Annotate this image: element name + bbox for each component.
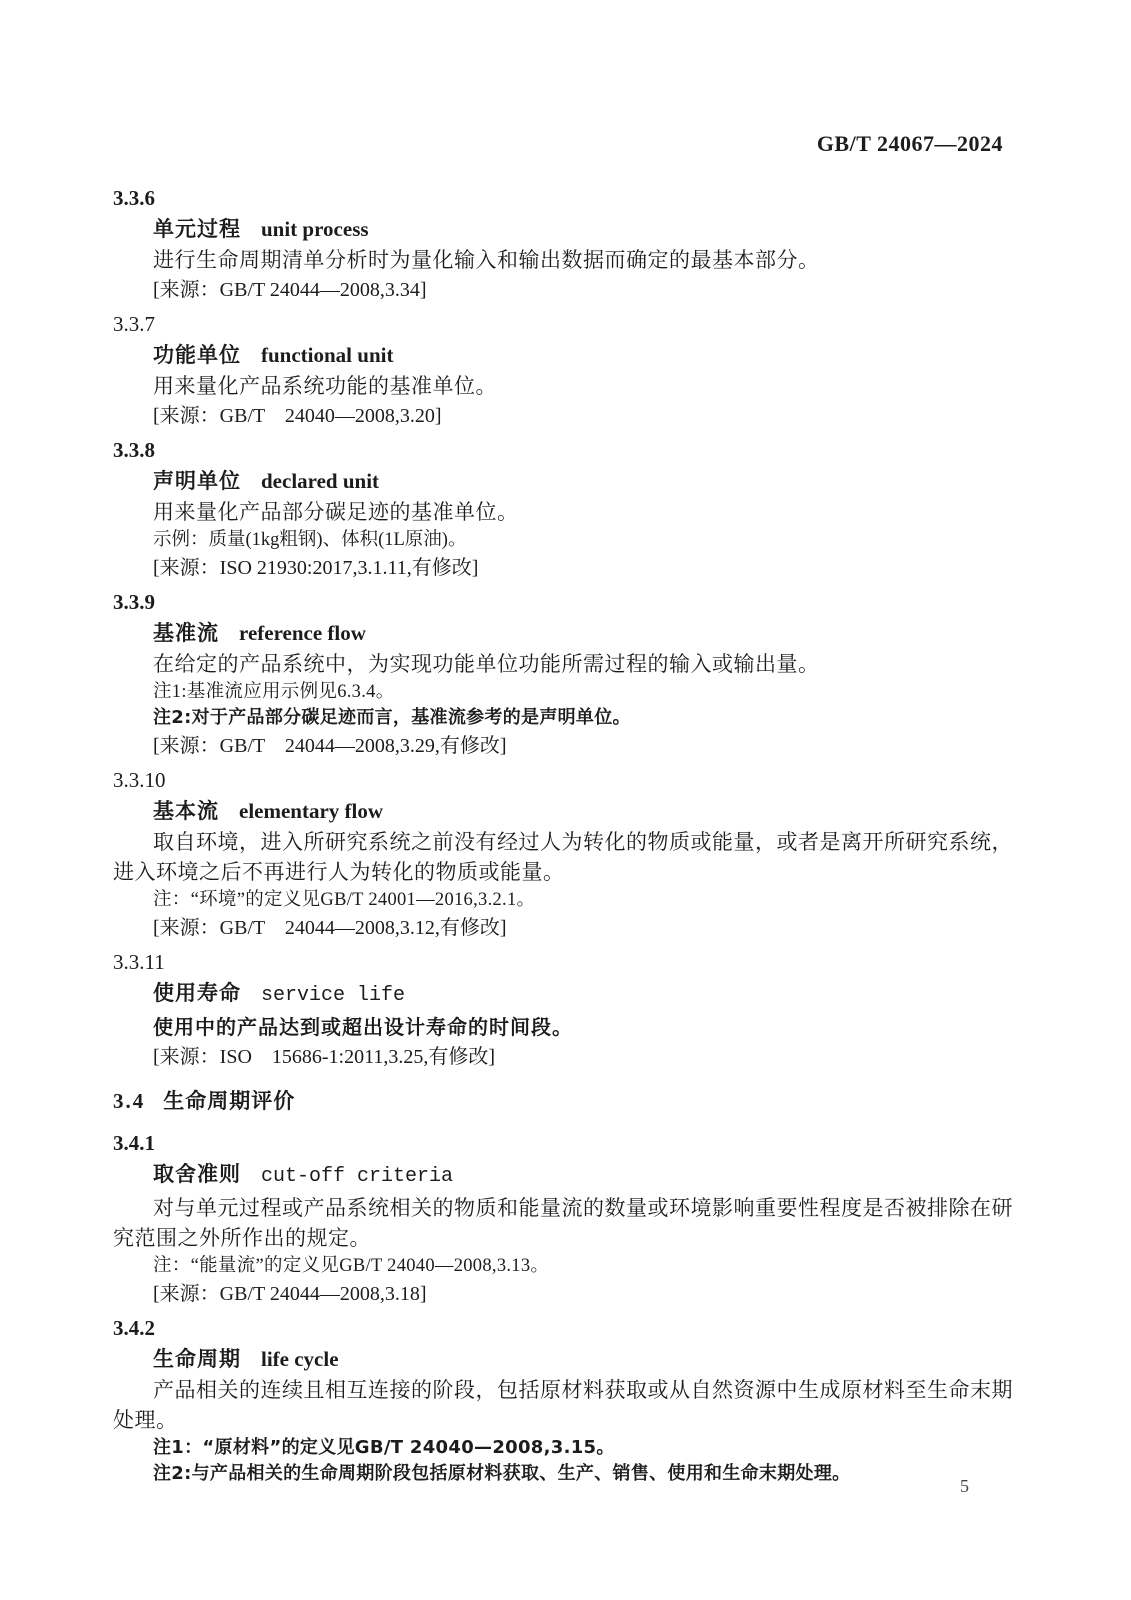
term-entry: 3.4.1 取舍准则cut-off criteria 对与单元过程或产品系统相关… (113, 1128, 1013, 1309)
note-line: 注1:基准流应用示例见6.3.4。 (113, 679, 1013, 705)
clause-number: 3.3.7 (113, 309, 1013, 339)
term-line: 取舍准则cut-off criteria (113, 1158, 1013, 1193)
definition-text: 产品相关的连续且相互连接的阶段，包括原材料获取或从自然资源中生成原材料至生命末期… (113, 1375, 1013, 1435)
term-zh: 使用寿命 (153, 981, 241, 1005)
section-heading: 3.4生命周期评价 (113, 1086, 1013, 1116)
term-en: elementary flow (239, 799, 383, 823)
definition-text: 取自环境，进入所研究系统之前没有经过人为转化的物质或能量，或者是离开所研究系统，… (113, 827, 1013, 887)
definition-text: 进行生命周期清单分析时为量化输入和输出数据而确定的最基本部分。 (113, 245, 1013, 275)
note-line: 注1：“原材料”的定义见GB/T 24040—2008,3.15。 (113, 1435, 1013, 1461)
term-line: 功能单位functional unit (113, 339, 1013, 371)
clause-number: 3.4.1 (113, 1128, 1013, 1158)
term-zh: 基本流 (153, 799, 219, 823)
clause-number: 3.3.6 (113, 183, 1013, 213)
note-line: 注：“能量流”的定义见GB/T 24040—2008,3.13。 (113, 1253, 1013, 1279)
term-line: 单元过程unit process (113, 213, 1013, 245)
term-en: reference flow (239, 621, 366, 645)
page-number: 5 (960, 1476, 969, 1497)
term-zh: 声明单位 (153, 469, 241, 493)
term-entry: 3.3.6 单元过程unit process 进行生命周期清单分析时为量化输入和… (113, 183, 1013, 305)
term-en: declared unit (261, 469, 379, 493)
definition-text: 用来量化产品系统功能的基准单位。 (113, 371, 1013, 401)
term-entry: 3.3.9 基准流reference flow 在给定的产品系统中，为实现功能单… (113, 587, 1013, 761)
term-line: 基本流elementary flow (113, 795, 1013, 827)
term-en: functional unit (261, 343, 393, 367)
source-line: [来源：ISO 15686-1:2011,3.25,有修改] (113, 1042, 1013, 1072)
definition-text: 使用中的产品达到或超出设计寿命的时间段。 (113, 1012, 1013, 1042)
term-en: service life (261, 984, 405, 1007)
note-line: 注2:对于产品部分碳足迹而言，基准流参考的是声明单位。 (113, 705, 1013, 731)
term-entry: 3.4.2 生命周期life cycle 产品相关的连续且相互连接的阶段，包括原… (113, 1313, 1013, 1487)
term-zh: 生命周期 (153, 1347, 241, 1371)
term-zh: 单元过程 (153, 217, 241, 241)
note-line: 注：“环境”的定义见GB/T 24001—2016,3.2.1。 (113, 887, 1013, 913)
source-line: [来源：GB/T 24044—2008,3.18] (113, 1279, 1013, 1309)
source-line: [来源：GB/T 24044—2008,3.34] (113, 275, 1013, 305)
term-entry: 3.3.11 使用寿命service life 使用中的产品达到或超出设计寿命的… (113, 947, 1013, 1072)
clause-number: 3.4.2 (113, 1313, 1013, 1343)
section-number: 3.4 (113, 1089, 145, 1113)
term-zh: 取舍准则 (153, 1162, 241, 1186)
term-line: 生命周期life cycle (113, 1343, 1013, 1375)
definition-text: 用来量化产品部分碳足迹的基准单位。 (113, 497, 1013, 527)
term-entry: 3.3.10 基本流elementary flow 取自环境，进入所研究系统之前… (113, 765, 1013, 943)
term-line: 使用寿命service life (113, 977, 1013, 1012)
source-line: [来源：GB/T 24040—2008,3.20] (113, 401, 1013, 431)
term-line: 基准流reference flow (113, 617, 1013, 649)
source-line: [来源：GB/T 24044—2008,3.12,有修改] (113, 913, 1013, 943)
source-line: [来源：GB/T 24044—2008,3.29,有修改] (113, 731, 1013, 761)
term-en: cut-off criteria (261, 1165, 453, 1188)
term-line: 声明单位declared unit (113, 465, 1013, 497)
clause-number: 3.3.9 (113, 587, 1013, 617)
term-en: life cycle (261, 1347, 339, 1371)
term-entry: 3.3.8 声明单位declared unit 用来量化产品部分碳足迹的基准单位… (113, 435, 1013, 583)
term-en: unit process (261, 217, 369, 241)
term-zh: 功能单位 (153, 343, 241, 367)
note-line: 注2:与产品相关的生命周期阶段包括原材料获取、生产、销售、使用和生命末期处理。 (113, 1461, 1013, 1487)
document-page: GB/T 24067—2024 3.3.6 单元过程unit process 进… (0, 0, 1131, 1600)
definition-text: 对与单元过程或产品系统相关的物质和能量流的数量或环境影响重要性程度是否被排除在研… (113, 1193, 1013, 1253)
term-entry: 3.3.7 功能单位functional unit 用来量化产品系统功能的基准单… (113, 309, 1013, 431)
clause-number: 3.3.8 (113, 435, 1013, 465)
definition-text: 在给定的产品系统中，为实现功能单位功能所需过程的输入或输出量。 (113, 649, 1013, 679)
section-title: 生命周期评价 (163, 1089, 295, 1113)
page-content: 3.3.6 单元过程unit process 进行生命周期清单分析时为量化输入和… (113, 183, 1013, 1487)
example-line: 示例：质量(1kg粗钢)、体积(1L原油)。 (113, 527, 1013, 553)
term-zh: 基准流 (153, 621, 219, 645)
clause-number: 3.3.10 (113, 765, 1013, 795)
source-line: [来源：ISO 21930:2017,3.1.11,有修改] (113, 553, 1013, 583)
doc-code-header: GB/T 24067—2024 (817, 131, 1003, 157)
clause-number: 3.3.11 (113, 947, 1013, 977)
